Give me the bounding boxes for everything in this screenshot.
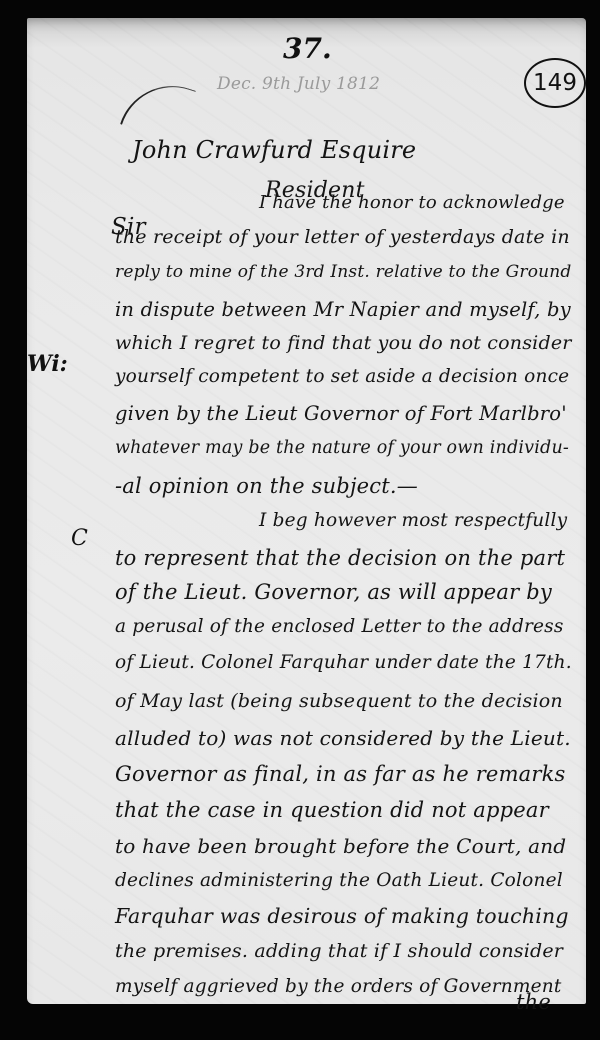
body-line: whatever may be the nature of your own i… bbox=[115, 438, 569, 458]
folio-number-circled: 149 bbox=[524, 58, 586, 108]
body-line: yourself competent to set aside a decisi… bbox=[115, 366, 569, 387]
body-line: to represent that the decision on the pa… bbox=[115, 546, 565, 570]
addressee-name: John Crawfurd Esquire bbox=[132, 136, 416, 164]
body-line: I have the honor to acknowledge bbox=[259, 192, 565, 213]
body-line: a perusal of the enclosed Letter to the … bbox=[115, 616, 564, 637]
body-line: of May last (being subsequent to the dec… bbox=[115, 690, 563, 712]
body-line: of the Lieut. Governor, as will appear b… bbox=[115, 580, 552, 604]
margin-mark-1: Wi: bbox=[27, 351, 68, 377]
manuscript-page: 37. 149 Dec. 9th July 1812 John Crawfurd… bbox=[27, 18, 586, 1004]
body-line: which I regret to find that you do not c… bbox=[115, 332, 572, 354]
body-line: alluded to) was not considered by the Li… bbox=[115, 726, 571, 750]
reference-number: 37. bbox=[283, 32, 332, 65]
body-line: to have been brought before the Court, a… bbox=[115, 834, 566, 858]
body-line: given by the Lieut Governor of Fort Marl… bbox=[115, 402, 567, 425]
body-line: -al opinion on the subject.— bbox=[115, 474, 418, 498]
body-line: I beg however most respectfully bbox=[259, 510, 567, 531]
body-line: declines administering the Oath Lieut. C… bbox=[115, 870, 563, 891]
body-line: Farquhar was desirous of making touching bbox=[115, 904, 569, 928]
catchword: the bbox=[516, 990, 551, 1014]
pen-flourish bbox=[120, 72, 196, 143]
margin-mark-2: C bbox=[71, 526, 88, 551]
date-line: Dec. 9th July 1812 bbox=[217, 74, 380, 94]
body-line: the receipt of your letter of yesterdays… bbox=[115, 226, 570, 248]
body-line: in dispute between Mr Napier and myself,… bbox=[115, 298, 571, 321]
body-line: myself aggrieved by the orders of Govern… bbox=[115, 976, 562, 997]
body-line: that the case in question did not appear bbox=[115, 798, 549, 822]
body-line: Governor as final, in as far as he remar… bbox=[115, 762, 566, 786]
body-line: the premises. adding that if I should co… bbox=[115, 940, 563, 962]
body-line: of Lieut. Colonel Farquhar under date th… bbox=[115, 652, 572, 673]
body-line: reply to mine of the 3rd Inst. relative … bbox=[115, 262, 572, 282]
